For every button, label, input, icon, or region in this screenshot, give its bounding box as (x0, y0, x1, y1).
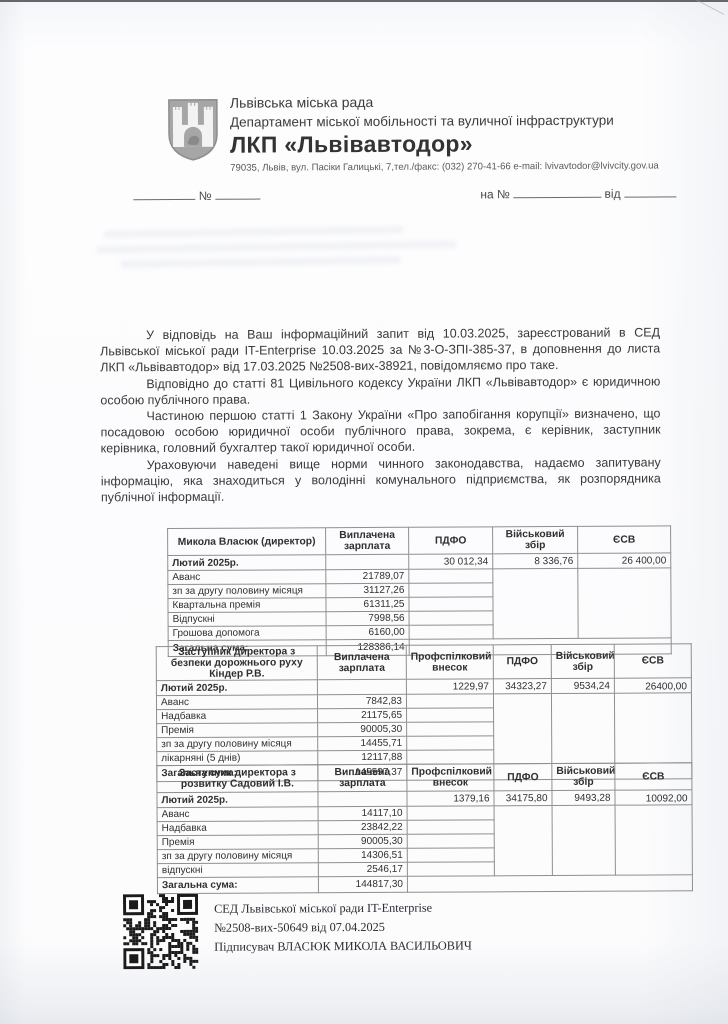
month-pdfo-value: 30 012,34 (409, 554, 493, 569)
row-label: Премія (157, 835, 318, 850)
month-esv-value: 26 400,00 (578, 553, 671, 568)
row-value: 21789,07 (326, 569, 409, 583)
row-value: 90005,30 (318, 722, 407, 736)
row-label: Аванс (157, 807, 318, 822)
row-value: 6160,00 (326, 625, 409, 639)
empty-cell (552, 805, 615, 875)
row-label: зп за другу половину місяця (157, 737, 318, 752)
row-value: 12117,88 (318, 750, 407, 764)
empty-cell (578, 568, 671, 638)
empty-cell (493, 694, 551, 764)
row-value: 90005,30 (318, 834, 407, 848)
bleed-through-artifact (97, 241, 457, 254)
paragraph-3: Частиною першою статті 1 Закону України … (100, 405, 660, 457)
row-value: 7842,83 (317, 694, 406, 708)
month-military-value: 9493,28 (552, 790, 615, 805)
empty-cell (326, 554, 409, 569)
column-header-salary: Виплачена зарплата (317, 645, 406, 679)
row-label: Аванс (168, 570, 326, 585)
org-title: ЛКП «Львівавтодор» (230, 129, 659, 158)
ref-left-group: № (133, 187, 260, 204)
empty-cell (407, 708, 494, 722)
month-label: Лютий 2025р. (157, 792, 318, 808)
month-label: Лютий 2025р. (156, 680, 317, 696)
empty-cell (409, 625, 493, 639)
column-header-salary: Виплачена зарплата (326, 527, 409, 554)
month-pdfo-value: 34175,80 (494, 791, 552, 806)
bleed-through-artifact (121, 256, 401, 267)
letterhead: Львівська міська рада Департамент місько… (230, 92, 659, 173)
ref-right-group: на № від (480, 184, 676, 201)
row-value: 2546,17 (318, 862, 407, 876)
empty-cell (494, 806, 552, 876)
empty-cell (407, 736, 494, 750)
empty-cell (407, 750, 494, 764)
month-esv-value: 26400,00 (614, 678, 691, 693)
salary-table-deputy-development: Заступник директора з розвитку Садовий І… (156, 762, 693, 894)
empty-cell (493, 568, 578, 638)
empty-cell (409, 583, 493, 597)
paragraph-4: Ураховуючи наведені вище норми чинного з… (101, 454, 661, 506)
empty-cell (317, 679, 406, 694)
ref-vid-label: від (605, 187, 621, 201)
month-union-value: 1229,97 (406, 679, 493, 694)
month-label: Лютий 2025р. (168, 555, 326, 571)
row-value: 23842,22 (318, 820, 407, 834)
document-content: Львівська міська рада Департамент місько… (0, 0, 728, 1024)
empty-cell (407, 806, 494, 820)
row-label: зп за другу половину місяця (168, 584, 326, 599)
row-label: Квартальна премія (168, 598, 326, 613)
ref-number-label: № (199, 189, 212, 203)
row-value: 21175,65 (318, 708, 407, 722)
column-header-union: Профспілковий внесок (406, 645, 493, 679)
paragraph-2: Відповідно до статті 81 Цивільного кодек… (100, 373, 660, 408)
total-value: 144817,30 (318, 876, 407, 892)
org-line-2: Департамент міської мобільності та вулич… (230, 112, 659, 129)
empty-cell (407, 862, 494, 876)
signer-line: Підписувач ВЛАСЮК МИКОЛА ВАСИЛЬОВИЧ (214, 936, 472, 956)
table-title: Микола Власюк (директор) (168, 528, 326, 556)
empty-area (407, 875, 692, 892)
month-military-value: 8 336,76 (493, 553, 578, 568)
letter-body: У відповідь на Ваш інформаційний запит в… (100, 324, 661, 505)
empty-cell (614, 693, 691, 763)
column-header-esv: ЄСВ (578, 526, 671, 553)
column-header-salary: Виплачена зарплата (318, 764, 407, 791)
month-pdfo-value: 34323,27 (493, 679, 551, 694)
column-header-military: Військовий збір (552, 763, 615, 790)
salary-table-deputy-safety: Заступник директора з безпеки дорожнього… (156, 643, 693, 782)
table-title: Заступник директора з безпеки дорожнього… (156, 646, 317, 681)
row-label: зп за другу половину місяця (157, 849, 318, 864)
empty-cell (406, 694, 493, 708)
paragraph-1: У відповідь на Ваш інформаційний запит в… (100, 324, 660, 376)
qr-code (123, 894, 198, 969)
row-label: Аванс (156, 695, 317, 710)
month-esv-value: 10092,00 (615, 790, 692, 805)
column-header-pdfo: ПДФО (494, 764, 552, 791)
bleed-through-artifact (103, 226, 403, 238)
scanned-document-page: Львівська міська рада Департамент місько… (0, 0, 728, 1024)
row-label: Премія (157, 723, 318, 738)
column-header-military: Військовий збір (493, 526, 578, 553)
row-label: відпускні (157, 863, 318, 878)
month-military-value: 9534,24 (551, 678, 614, 693)
signature-block: СЕД Львівської міської ради IT-Enterpris… (214, 898, 472, 956)
month-union-value: 1379,16 (407, 791, 494, 806)
row-value: 7998,56 (326, 611, 409, 625)
org-address: 79035, Львів, вул. Пасіки Галицькі, 7,те… (230, 160, 659, 173)
empty-cell (615, 805, 692, 875)
table-title: Заступник директора з розвитку Садовий І… (157, 765, 318, 793)
row-value: 14455,71 (318, 736, 407, 750)
ref-na-number-label: на № (480, 187, 510, 201)
row-label: Надбавка (157, 709, 318, 724)
ref-blank-line (215, 187, 260, 200)
ref-blank-line (513, 185, 601, 198)
ref-blank-line (624, 184, 676, 197)
empty-cell (407, 820, 494, 834)
empty-cell (551, 693, 614, 763)
empty-cell (407, 722, 494, 736)
ref-blank-line (133, 187, 195, 200)
column-header-pdfo: ПДФО (493, 645, 551, 679)
column-header-military: Військовий збір (551, 644, 614, 678)
empty-cell (409, 569, 493, 583)
column-header-esv: ЄСВ (614, 644, 691, 678)
empty-cell (409, 611, 493, 625)
row-label: лікарняні (5 днів) (157, 751, 318, 766)
reference-line: № на № від (0, 184, 726, 188)
column-header-union: Профспілковий внесок (407, 764, 494, 791)
row-value: 61311,25 (326, 597, 409, 611)
empty-cell (407, 834, 494, 848)
column-header-esv: ЄСВ (615, 763, 692, 790)
row-label: Грошова допомога (168, 626, 326, 641)
row-label: Надбавка (157, 821, 318, 836)
row-value: 14306,51 (318, 848, 407, 862)
org-line-1: Львівська міська рада (230, 92, 659, 110)
empty-cell (318, 791, 407, 806)
total-label: Загальна сума: (157, 877, 318, 894)
row-value: 31127,26 (326, 583, 409, 597)
lviv-coat-of-arms-logo (166, 98, 220, 162)
salary-table-director: Микола Власюк (директор) Виплачена зарпл… (167, 525, 672, 657)
doc-number-line: №2508-вих-50649 від 07.04.2025 (214, 917, 472, 937)
empty-cell (409, 597, 493, 611)
row-value: 14117,10 (318, 806, 407, 820)
empty-cell (407, 848, 494, 862)
row-label: Відпускні (168, 612, 326, 627)
column-header-pdfo: ПДФО (409, 527, 493, 554)
sed-system-line: СЕД Львівської міської ради IT-Enterpris… (214, 898, 472, 918)
